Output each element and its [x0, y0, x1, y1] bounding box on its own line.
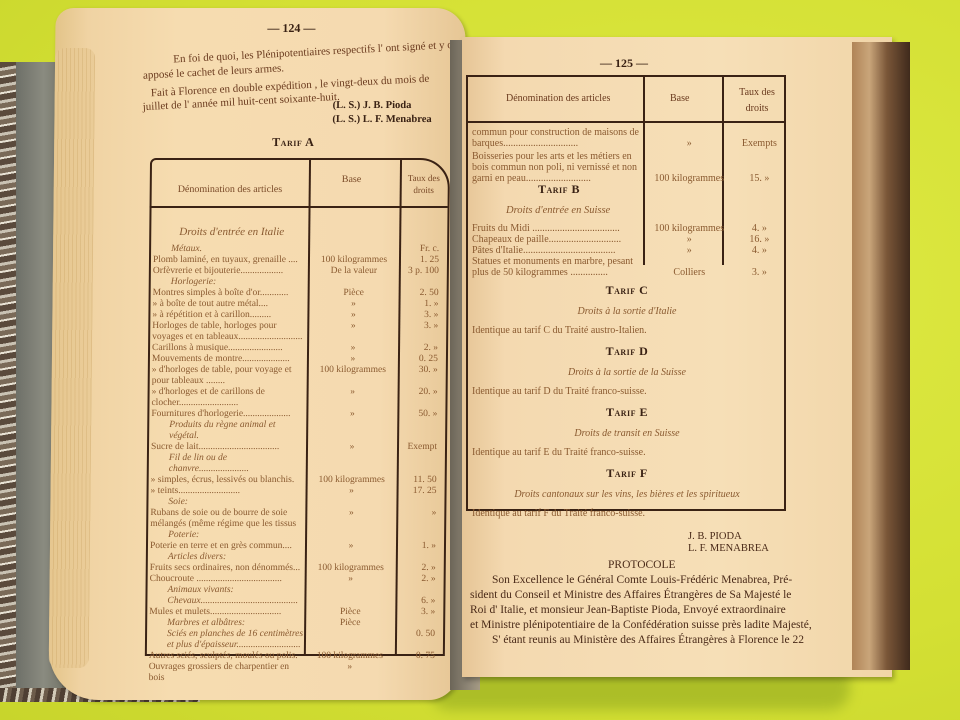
- page-edges: [49, 48, 95, 668]
- article-cell: » simples, écrus, lessivés ou blanchis.: [151, 475, 307, 486]
- table-row: Autres sciés, sculptés, moulés ou polis.…: [149, 651, 441, 662]
- tarif-subtitle: Droits de transit en Suisse: [472, 428, 782, 439]
- rate-cell: 20. »: [397, 387, 437, 409]
- rate-cell: Exempt: [397, 442, 437, 453]
- base-cell: [307, 420, 397, 442]
- page-number: — 125 —: [600, 57, 648, 69]
- table-row: Boisseries pour les arts et les métiers …: [472, 151, 788, 184]
- base-cell: »: [308, 299, 398, 310]
- intro-line-2: apposé le cachet de leurs armes.: [143, 62, 284, 81]
- rate-cell: 2. »: [398, 343, 438, 354]
- table-row: » d'horloges et de carillons de clocher.…: [151, 387, 443, 409]
- base-cell: [305, 596, 395, 607]
- col-header-rate: Taux des droits: [406, 172, 442, 196]
- rate-cell: 2. »: [396, 563, 436, 574]
- table-row: Mouvements de montre....................…: [152, 354, 444, 365]
- article-cell: Fruits du Midi .........................…: [472, 223, 648, 234]
- table-row: » à boîte de tout autre métal....»1. »: [152, 299, 444, 310]
- rate-cell: [396, 497, 436, 508]
- article-cell: Mules et mulets.........................…: [149, 607, 305, 618]
- table-row: Horlogerie:: [153, 277, 445, 288]
- table-row: Fil de lin ou de chanvre................…: [151, 453, 443, 475]
- col-header-base: Base: [670, 93, 689, 105]
- marbled-cover-edge: [0, 62, 16, 698]
- base-cell: »: [648, 234, 731, 245]
- article-cell: Animaux vivants:: [149, 585, 305, 596]
- article-cell: Fil de lin ou de chanvre................…: [151, 453, 307, 475]
- article-cell: Pâtes d'Italie..........................…: [472, 245, 648, 256]
- base-cell: »: [307, 486, 397, 497]
- table-row: Fournitures d'horlogerie................…: [151, 409, 443, 420]
- table-row: Sucre de lait...........................…: [151, 442, 443, 453]
- article-cell: Soie:: [150, 497, 306, 508]
- tariff-a-rows: Métaux.Fr. c.Plomb laminé, en tuyaux, gr…: [149, 244, 446, 684]
- base-cell: »: [308, 354, 398, 365]
- base-cell: »: [307, 409, 397, 420]
- base-cell: 100 kilogrammes: [648, 173, 731, 184]
- tarif-text: Identique au tarif C du Traité austro-It…: [472, 325, 782, 336]
- rate-cell: [396, 530, 436, 541]
- rate-cell: [396, 552, 436, 563]
- tarif-b-subtitle: Droits d'entrée en Suisse: [506, 205, 610, 217]
- protocol-title: PROTOCOLE: [608, 559, 676, 571]
- rate-cell: »: [396, 508, 436, 530]
- article-cell: Horloges de table, horloges pour voyages…: [152, 321, 308, 343]
- base-cell: 100 kilogrammes: [308, 365, 398, 387]
- table-row: Poterie en terre et en grès commun....»1…: [150, 541, 442, 552]
- base-cell: 100 kilogrammes: [306, 563, 396, 574]
- base-cell: [307, 453, 397, 475]
- tarif-a-title: Tarif A: [272, 136, 314, 148]
- tarif-b-rows: Fruits du Midi .........................…: [472, 223, 788, 278]
- base-cell: [306, 497, 396, 508]
- table-row: Chevaux.................................…: [149, 596, 441, 607]
- rate-cell: [397, 453, 437, 475]
- signature-pioda: J. B. PIODA: [688, 531, 742, 543]
- book-cover-right: [852, 42, 910, 670]
- rate-cell: 0. 25: [398, 354, 438, 365]
- col-header-rate: Taux des droits: [730, 85, 784, 117]
- table-row: » d'horloges de table, pour voyage et po…: [152, 365, 444, 387]
- header-divider: [466, 121, 786, 123]
- tarif-block: Tarif FDroits cantonaux sur les vins, le…: [472, 466, 782, 519]
- base-cell: De la valeur: [309, 266, 399, 277]
- table-row: Soie:: [150, 497, 442, 508]
- article-cell: Carillons à musique.....................…: [152, 343, 308, 354]
- rate-cell: 1. »: [398, 299, 438, 310]
- base-cell: [306, 530, 396, 541]
- base-cell: 100 kilogrammes: [648, 223, 731, 234]
- table-row: Articles divers:: [150, 552, 442, 563]
- article-cell: Boisseries pour les arts et les métiers …: [472, 151, 648, 184]
- base-cell: »: [307, 387, 397, 409]
- protocol-line: Roi d' Italie, et monsieur Jean-Baptiste…: [470, 603, 880, 618]
- base-cell: Pièce: [309, 288, 399, 299]
- base-cell: »: [307, 442, 397, 453]
- article-cell: commun pour construction de maisons de b…: [472, 127, 648, 149]
- rate-cell: 4. »: [731, 245, 788, 256]
- tarif-title: Tarif D: [472, 344, 782, 359]
- base-cell: Colliers: [648, 267, 731, 278]
- table-row: Statues et monuments en marbre, pesant p…: [472, 256, 788, 278]
- article-cell: Ouvrages grossiers de charpentier en boi…: [149, 662, 305, 684]
- table-row: Marbres et albâtres:Pièce: [149, 618, 441, 629]
- tarif-block: Tarif EDroits de transit en SuisseIdenti…: [472, 405, 782, 458]
- base-cell: Pièce: [305, 607, 395, 618]
- article-cell: Sciés en planches de 16 centimètres et p…: [149, 629, 305, 651]
- tarif-subtitle: Droits cantonaux sur les vins, les bière…: [472, 489, 782, 500]
- rate-cell: [395, 585, 435, 596]
- rate-cell: 2. 50: [399, 288, 439, 299]
- section-title: Droits d'entrée en Italie: [179, 226, 284, 238]
- base-cell: »: [306, 541, 396, 552]
- tarif-text: Identique au tarif D du Traité franco-su…: [472, 386, 782, 397]
- tarif-block: Tarif DDroits à la sortie de la SuisseId…: [472, 344, 782, 397]
- base-cell: »: [648, 245, 731, 256]
- article-cell: Métaux.: [153, 244, 309, 255]
- intro-line-1: En foi de quoi, les Plénipotentiaires re…: [173, 38, 461, 65]
- article-cell: Statues et monuments en marbre, pesant p…: [472, 256, 648, 278]
- tariff-continued-rows: commun pour construction de maisons de b…: [472, 127, 788, 186]
- article-cell: Marbres et albâtres:: [149, 618, 305, 629]
- table-row: Fruits du Midi .........................…: [472, 223, 788, 234]
- table-row: Métaux.Fr. c.: [153, 244, 445, 255]
- article-cell: Poterie:: [150, 530, 306, 541]
- table-row: Animaux vivants:: [149, 585, 441, 596]
- table-row: Carillons à musique.....................…: [152, 343, 444, 354]
- rate-cell: [397, 420, 437, 442]
- article-cell: Choucroute .............................…: [150, 574, 306, 585]
- tarifs-c-to-f: Tarif CDroits à la sortie d'ItalieIdenti…: [472, 283, 782, 527]
- protocol-line: et Ministre plénipotentiaire de la Confé…: [470, 618, 880, 633]
- base-cell: [309, 244, 399, 255]
- article-cell: » d'horloges de table, pour voyage et po…: [152, 365, 308, 387]
- table-row: Orfèvrerie et bijouterie................…: [153, 266, 445, 277]
- rate-cell: 6. »: [395, 596, 435, 607]
- rate-cell: 3. »: [395, 607, 435, 618]
- base-cell: »: [648, 138, 731, 149]
- base-cell: Pièce: [305, 618, 395, 629]
- article-cell: Plomb laminé, en tuyaux, grenaille ....: [153, 255, 309, 266]
- rate-cell: 3 p. 100: [399, 266, 439, 277]
- base-cell: 100 kilogrammes: [307, 475, 397, 486]
- tarif-block: Tarif CDroits à la sortie d'ItalieIdenti…: [472, 283, 782, 336]
- protocol-line: Son Excellence le Général Comte Louis-Fr…: [470, 573, 880, 588]
- tarif-title: Tarif E: [472, 405, 782, 420]
- table-row: » simples, écrus, lessivés ou blanchis.1…: [151, 475, 443, 486]
- table-row: Rubans de soie ou de bourre de soie méla…: [150, 508, 442, 530]
- base-cell: [305, 585, 395, 596]
- rate-cell: [399, 277, 439, 288]
- article-cell: Poterie en terre et en grès commun....: [150, 541, 306, 552]
- article-cell: » teints..........................: [151, 486, 307, 497]
- rate-cell: [395, 618, 435, 629]
- table-row: Choucroute .............................…: [150, 574, 442, 585]
- tarif-text: Identique au tarif E du Traité franco-su…: [472, 447, 782, 458]
- table-row: Fruits secs ordinaires, non dénommés...1…: [150, 563, 442, 574]
- base-cell: »: [308, 343, 398, 354]
- rate-cell: 3. »: [398, 321, 438, 343]
- col-header-base: Base: [342, 174, 362, 186]
- rate-cell: Exempts: [731, 138, 788, 149]
- table-row: Montres simples à boîte d'or............…: [153, 288, 445, 299]
- rate-cell: 17. 25: [397, 486, 437, 497]
- rate-cell: 15. »: [731, 173, 788, 184]
- signature-menabrea: (L. S.) L. F. Menabrea: [332, 114, 431, 126]
- base-cell: [306, 552, 396, 563]
- protocol-text: Son Excellence le Général Comte Louis-Fr…: [470, 573, 880, 648]
- article-cell: » à boîte de tout autre métal....: [152, 299, 308, 310]
- rate-cell: Fr. c.: [399, 244, 439, 255]
- table-row: Pâtes d'Italie..........................…: [472, 245, 788, 256]
- rate-cell: 1. »: [396, 541, 436, 552]
- table-row: Sciés en planches de 16 centimètres et p…: [149, 629, 441, 651]
- base-cell: 100 kilogrammes: [305, 651, 395, 662]
- protocol-line: S' étant reunis au Ministère des Affaire…: [470, 633, 880, 648]
- base-cell: »: [306, 508, 396, 530]
- table-row: Produits du règne animal et végétal.: [151, 420, 443, 442]
- article-cell: Autres sciés, sculptés, moulés ou polis.: [149, 651, 305, 662]
- article-cell: Fournitures d'horlogerie................…: [151, 409, 307, 420]
- table-row: Horloges de table, horloges pour voyages…: [152, 321, 444, 343]
- table-row: Chapeaux de paille......................…: [472, 234, 788, 245]
- header-divider: [150, 206, 448, 208]
- table-row: Plomb laminé, en tuyaux, grenaille ....1…: [153, 255, 445, 266]
- article-cell: Articles divers:: [150, 552, 306, 563]
- rate-cell: 30. »: [398, 365, 438, 387]
- article-cell: Rubans de soie ou de bourre de soie méla…: [150, 508, 306, 530]
- article-cell: Sucre de lait...........................…: [151, 442, 307, 453]
- signature-pioda: (L. S.) J. B. Pioda: [333, 100, 412, 112]
- table-row: » teints..........................»17. 2…: [151, 486, 443, 497]
- base-cell: 100 kilogrammes: [309, 255, 399, 266]
- rate-cell: 2. »: [396, 574, 436, 585]
- base-cell: »: [305, 662, 395, 684]
- col-header-article: Dénomination des articles: [506, 93, 610, 105]
- article-cell: » à répétition et à carillon.........: [152, 310, 308, 321]
- left-page: — 124 — En foi de quoi, les Plénipotenti…: [48, 8, 465, 700]
- table-row: » à répétition et à carillon.........»3.…: [152, 310, 444, 321]
- rate-cell: 50. »: [397, 409, 437, 420]
- base-cell: »: [306, 574, 396, 585]
- rate-cell: 0. 75: [395, 651, 435, 662]
- protocol-line: sident du Conseil et Ministre des Affair…: [470, 588, 880, 603]
- tarif-title: Tarif F: [472, 466, 782, 481]
- signature-menabrea: L. F. MENABREA: [688, 543, 769, 555]
- rate-cell: 1. 25: [399, 255, 439, 266]
- article-cell: Orfèvrerie et bijouterie................…: [153, 266, 309, 277]
- table-row: commun pour construction de maisons de b…: [472, 127, 788, 149]
- page-number: — 124 —: [267, 22, 315, 34]
- rate-cell: 3. »: [398, 310, 438, 321]
- table-row: Poterie:: [150, 530, 442, 541]
- rate-cell: [395, 662, 435, 684]
- tarif-b-title: Tarif B: [538, 183, 580, 195]
- article-cell: » d'horloges et de carillons de clocher.…: [151, 387, 307, 409]
- base-cell: »: [308, 321, 398, 343]
- tarif-subtitle: Droits à la sortie d'Italie: [472, 306, 782, 317]
- rate-cell: 16. »: [731, 234, 788, 245]
- table-row: Mules et mulets.........................…: [149, 607, 441, 618]
- article-cell: Produits du règne animal et végétal.: [151, 420, 307, 442]
- base-cell: [309, 277, 399, 288]
- table-row: Ouvrages grossiers de charpentier en boi…: [149, 662, 441, 684]
- tarif-subtitle: Droits à la sortie de la Suisse: [472, 367, 782, 378]
- col-header-article: Dénomination des articles: [178, 184, 283, 196]
- base-cell: [305, 629, 395, 651]
- article-cell: Fruits secs ordinaires, non dénommés...: [150, 563, 306, 574]
- rate-cell: 3. »: [731, 267, 788, 278]
- article-cell: Mouvements de montre....................: [152, 354, 308, 365]
- tarif-title: Tarif C: [472, 283, 782, 298]
- article-cell: Chevaux.................................…: [149, 596, 305, 607]
- rate-cell: 0. 50: [395, 629, 435, 651]
- article-cell: Horlogerie:: [153, 277, 309, 288]
- rate-cell: 4. »: [731, 223, 788, 234]
- article-cell: Montres simples à boîte d'or............: [153, 288, 309, 299]
- tarif-text: Identique au tarif F du Traité franco-su…: [472, 508, 782, 519]
- right-page: — 125 — Dénomination des articles Base T…: [462, 37, 892, 677]
- base-cell: »: [308, 310, 398, 321]
- article-cell: Chapeaux de paille......................…: [472, 234, 648, 245]
- rate-cell: 11. 50: [397, 475, 437, 486]
